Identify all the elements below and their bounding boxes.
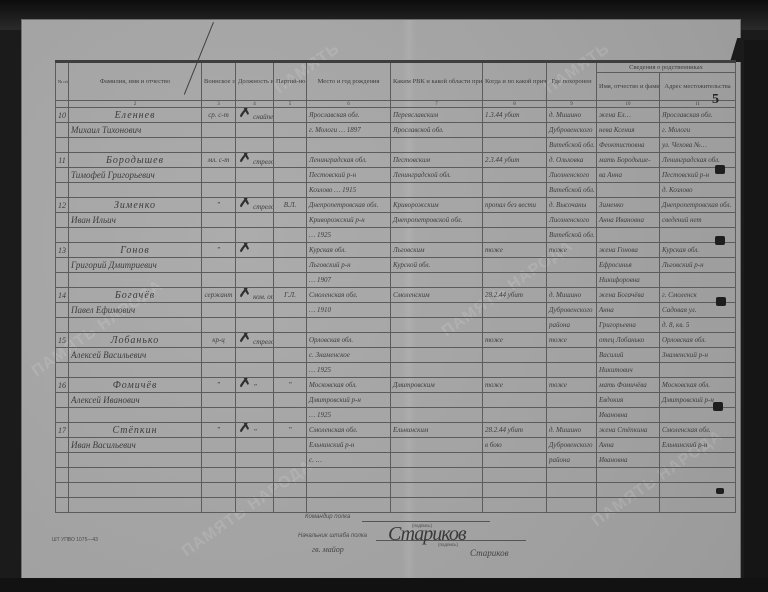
blank-cell xyxy=(483,363,547,378)
party: ” xyxy=(274,378,307,393)
blank-cell xyxy=(202,258,236,273)
blank-cell xyxy=(202,228,236,243)
address-line-1: Курская обл. xyxy=(660,243,736,258)
date-reason-line-1: 2.3.44 убит xyxy=(483,153,547,168)
position: ” xyxy=(253,383,257,391)
burial-place-line-3: Витебской обл. xyxy=(547,138,597,153)
table-row-continuation: с. …районаИвановна xyxy=(56,453,736,468)
column-number: 7 xyxy=(391,101,483,108)
birthplace-line-2: Дмитровский р-н xyxy=(307,393,391,408)
table-row: 11Бородышевмл. с-т✗стрелокЛенинградская … xyxy=(56,153,736,168)
birthplace-line-3: … 1907 xyxy=(307,273,391,288)
rank: ср. с-т xyxy=(202,108,236,123)
blank-cell xyxy=(202,318,236,333)
column-number: 9 xyxy=(547,101,597,108)
row-number: 14 xyxy=(56,288,69,303)
conscription-office-line-1: Смоленским xyxy=(391,288,483,303)
header-rank: Воинское звание xyxy=(202,62,236,101)
burial-place-line-2: Дубровенского xyxy=(547,303,597,318)
row-number: 15 xyxy=(56,333,69,348)
birthplace-line-2: Льговский р-н xyxy=(307,258,391,273)
conscription-office-line-2 xyxy=(391,393,483,408)
form-code: ШТ УПВО 1075—43 xyxy=(52,537,98,543)
chief-signature: Стариков xyxy=(388,523,466,546)
blank-cell xyxy=(236,138,274,153)
birthplace-line-1: Курская обл. xyxy=(307,243,391,258)
blank-cell xyxy=(202,213,236,228)
loss-register-table: № п/п Фамилия, имя и отчество Воинское з… xyxy=(55,60,736,513)
commander-signature-line xyxy=(362,521,490,522)
blank-cell xyxy=(391,408,483,423)
header-row-number: № п/п xyxy=(56,62,69,101)
blank-cell xyxy=(202,183,236,198)
blank-cell xyxy=(391,273,483,288)
given-names: Михаил Тихонович xyxy=(69,123,202,138)
blank-cell xyxy=(274,213,307,228)
blank-cell xyxy=(307,483,391,498)
column-number: 3 xyxy=(202,101,236,108)
position: снайпер xyxy=(253,113,273,121)
blank-cell xyxy=(202,168,236,183)
position-cell: ✗стрелок xyxy=(236,198,274,213)
conscription-office-line-2: Ленинградской обл. xyxy=(391,168,483,183)
position-cell: ✗стрелок xyxy=(236,153,274,168)
column-number: 4 xyxy=(236,101,274,108)
check-mark-icon: ✗ xyxy=(238,378,253,388)
blank-cell xyxy=(274,483,307,498)
relative-name-line-1: отец Лобанько xyxy=(597,333,660,348)
birthplace-line-3 xyxy=(307,318,391,333)
row-number-blank xyxy=(56,348,69,363)
address-line-1: Днепропетровская обл. xyxy=(660,198,736,213)
column-number: 8 xyxy=(483,101,547,108)
blank-cell xyxy=(483,273,547,288)
blank-cell xyxy=(307,468,391,483)
check-mark-icon: ✗ xyxy=(238,243,253,253)
table-row-continuation: Тимофей ГригорьевичПестовский р-нЛенингр… xyxy=(56,168,736,183)
relative-name-line-1: жена Богачёва xyxy=(597,288,660,303)
blank-cell xyxy=(69,498,202,513)
conscription-office-line-1: Пестовским xyxy=(391,153,483,168)
blank-cell xyxy=(202,303,236,318)
address-line-2: сведений нет xyxy=(660,213,736,228)
table-row-continuation: … 1925Витебской обл. xyxy=(56,228,736,243)
surname: Зименко xyxy=(69,198,202,213)
table-row: 15Лобанькокр-ц✗стрелокОрловская обл.тоже… xyxy=(56,333,736,348)
surname: Фомичёв xyxy=(69,378,202,393)
table-row: 17Стёпкин”✗””Смоленская обл.Ельнинским28… xyxy=(56,423,736,438)
surname: Бородышев xyxy=(69,153,202,168)
position-cell: ✗стрелок xyxy=(236,333,274,348)
date-reason-line-2 xyxy=(483,303,547,318)
surname: Лобанько xyxy=(69,333,202,348)
row-number: 10 xyxy=(56,108,69,123)
address-line-1: Ярославская обл. xyxy=(660,108,736,123)
row-number: 16 xyxy=(56,378,69,393)
position-cell: ✗ком. отд. xyxy=(236,288,274,303)
punch-hole xyxy=(713,402,723,411)
blank-cell xyxy=(236,318,274,333)
blank-cell xyxy=(483,228,547,243)
burial-place-line-2 xyxy=(547,348,597,363)
birthplace-line-1: Ярославская обл. xyxy=(307,108,391,123)
table-row: 13Гонов”✗Курская обл.Льговскимтожетожеже… xyxy=(56,243,736,258)
row-number: 11 xyxy=(56,153,69,168)
blank-cell xyxy=(236,168,274,183)
blank-cell xyxy=(391,453,483,468)
table-row-continuation: Иван ИльичКриворожский р-нДнепропетровск… xyxy=(56,213,736,228)
conscription-office-line-1: Криворожским xyxy=(391,198,483,213)
blank-cell xyxy=(202,468,236,483)
conscription-office-line-2 xyxy=(391,438,483,453)
punch-hole xyxy=(716,297,726,306)
row-number-blank xyxy=(56,438,69,453)
position-cell: ✗ xyxy=(236,243,274,258)
burial-place-line-3: Витебской обл. xyxy=(547,228,597,243)
relative-name-line-1: жена Стёпкина xyxy=(597,423,660,438)
row-number-blank xyxy=(56,138,69,153)
rank: ” xyxy=(202,198,236,213)
address-line-2: Ельнинский р-н xyxy=(660,438,736,453)
blank-cell xyxy=(483,408,547,423)
blank-cell xyxy=(391,498,483,513)
blank-cell xyxy=(483,498,547,513)
row-number-blank xyxy=(56,453,69,468)
rank: ” xyxy=(202,378,236,393)
blank-cell xyxy=(597,468,660,483)
blank-cell xyxy=(483,318,547,333)
burial-place-line-1: тоже xyxy=(547,243,597,258)
blank-cell xyxy=(483,183,547,198)
blank-cell xyxy=(69,318,202,333)
relative-name-line-1: жена Ел… xyxy=(597,108,660,123)
given-names: Павел Ефимович xyxy=(69,303,202,318)
birthplace-line-3: … 1925 xyxy=(307,228,391,243)
table-row-continuation: Григорий ДмитриевичЛьговский р-нКурской … xyxy=(56,258,736,273)
table-row: 16Фомичёв”✗””Московская обл.Дмитровскимт… xyxy=(56,378,736,393)
birthplace-line-2: г. Мологи … 1897 xyxy=(307,123,391,138)
blank-cell xyxy=(69,273,202,288)
party xyxy=(274,243,307,258)
blank-cell xyxy=(236,393,274,408)
row-number-blank xyxy=(56,393,69,408)
row-number-blank xyxy=(56,273,69,288)
birthplace-line-1: Смоленская обл. xyxy=(307,423,391,438)
blank-cell xyxy=(274,453,307,468)
given-names: Тимофей Григорьевич xyxy=(69,168,202,183)
address-line-3 xyxy=(660,453,736,468)
blank-cell xyxy=(274,228,307,243)
check-mark-icon: ✗ xyxy=(238,333,253,343)
table-row-continuation: районаГригорьевнад. 8, кв. 5 xyxy=(56,318,736,333)
date-reason-line-2: в бою xyxy=(483,438,547,453)
blank-cell xyxy=(56,483,69,498)
birthplace-line-3: с. … xyxy=(307,453,391,468)
empty-ruled-row xyxy=(56,468,736,483)
relative-name-line-3: Ивановна xyxy=(597,453,660,468)
relative-name-line-3 xyxy=(597,228,660,243)
burial-place-line-1: тоже xyxy=(547,378,597,393)
column-number: 11 xyxy=(660,101,736,108)
position-cell: ✗” xyxy=(236,423,274,438)
blank-cell xyxy=(274,408,307,423)
blank-cell xyxy=(236,408,274,423)
blank-cell xyxy=(274,498,307,513)
blank-cell xyxy=(274,393,307,408)
blank-cell xyxy=(236,498,274,513)
row-number-blank xyxy=(56,318,69,333)
table-row-continuation: Павел Ефимович… 1910ДубровенскогоАннаСад… xyxy=(56,303,736,318)
given-names: Иван Ильич xyxy=(69,213,202,228)
position: стрелок xyxy=(253,158,273,166)
blank-cell xyxy=(202,363,236,378)
table-row-continuation: … 1925Ивановна xyxy=(56,408,736,423)
column-number: 10 xyxy=(597,101,660,108)
birthplace-line-3: Козлово … 1915 xyxy=(307,183,391,198)
rank: мл. с-т xyxy=(202,153,236,168)
header-address: Адрес местожительства xyxy=(660,73,736,101)
surname: Стёпкин xyxy=(69,423,202,438)
date-reason-line-1: тоже xyxy=(483,333,547,348)
blank-cell xyxy=(202,483,236,498)
burial-place-line-2: Дубровенского xyxy=(547,438,597,453)
row-number-blank xyxy=(56,258,69,273)
punch-hole xyxy=(715,165,725,174)
blank-cell xyxy=(236,228,274,243)
relative-name-line-1: мать Бородыше- xyxy=(597,153,660,168)
party: ” xyxy=(274,423,307,438)
burial-place-line-1: д. Ольховка xyxy=(547,153,597,168)
blank-cell xyxy=(274,468,307,483)
conscription-office-line-1: Ельнинским xyxy=(391,423,483,438)
date-reason-line-1: 1.3.44 убит xyxy=(483,108,547,123)
surname: Богачёв xyxy=(69,288,202,303)
header-date-reason: Когда и по какой причине выбыл xyxy=(483,62,547,101)
punch-hole xyxy=(716,488,724,494)
conscription-office-line-2 xyxy=(391,348,483,363)
burial-place-line-3: Витебской обл. xyxy=(547,183,597,198)
blank-cell xyxy=(391,183,483,198)
date-reason-line-1: пропал без вести xyxy=(483,198,547,213)
relative-name-line-2: Василий xyxy=(597,348,660,363)
blank-cell xyxy=(483,468,547,483)
relative-name-line-2: Анна xyxy=(597,303,660,318)
given-names: Григорий Дмитриевич xyxy=(69,258,202,273)
blank-cell xyxy=(274,258,307,273)
blank-cell xyxy=(547,468,597,483)
date-reason-line-1: 28.2.44 убит xyxy=(483,288,547,303)
column-number: 2 xyxy=(69,101,202,108)
check-mark-icon: ✗ xyxy=(238,153,253,163)
address-line-2: г. Мологи xyxy=(660,123,736,138)
date-reason-line-2 xyxy=(483,258,547,273)
date-reason-line-2 xyxy=(483,393,547,408)
date-reason-line-2 xyxy=(483,123,547,138)
address-line-3 xyxy=(660,408,736,423)
blank-cell xyxy=(202,408,236,423)
address-line-3: д. 8, кв. 5 xyxy=(660,318,736,333)
conscription-office-line-1: Дмитровским xyxy=(391,378,483,393)
birthplace-line-2: Пестовский р-н xyxy=(307,168,391,183)
blank-cell xyxy=(202,273,236,288)
burial-place-line-3 xyxy=(547,408,597,423)
row-number-blank xyxy=(56,408,69,423)
blank-cell xyxy=(274,273,307,288)
blank-cell xyxy=(236,363,274,378)
birthplace-line-3 xyxy=(307,138,391,153)
relative-name-line-3: Никифоровна xyxy=(597,273,660,288)
party xyxy=(274,153,307,168)
commander-label: Командир полка xyxy=(305,514,350,520)
position: стрелок xyxy=(253,338,273,346)
check-mark-icon: ✗ xyxy=(238,198,253,208)
blank-cell xyxy=(236,258,274,273)
column-number: 6 xyxy=(307,101,391,108)
blank-cell xyxy=(274,138,307,153)
column-number xyxy=(56,101,69,108)
blank-cell xyxy=(547,483,597,498)
blank-cell xyxy=(236,468,274,483)
blank-cell xyxy=(56,468,69,483)
blank-cell xyxy=(69,408,202,423)
header-conscription-office: Каким РВК и какой области призван xyxy=(391,62,483,101)
conscription-office-line-2 xyxy=(391,303,483,318)
table-row-continuation: Алексей ИвановичДмитровский р-нЕвдокияДм… xyxy=(56,393,736,408)
blank-cell xyxy=(274,438,307,453)
chief-rank: гв. майор xyxy=(312,545,344,554)
blank-cell xyxy=(69,138,202,153)
header-full-name: Фамилия, имя и отчество xyxy=(69,62,202,101)
blank-cell xyxy=(56,498,69,513)
given-names: Иван Васильевич xyxy=(69,438,202,453)
table-row-continuation: Алексей Васильевичс. ЗнаменскоеВасилийЗн… xyxy=(56,348,736,363)
party xyxy=(274,333,307,348)
blank-cell xyxy=(274,348,307,363)
chief-of-staff-label: Начальник штаба полка xyxy=(298,533,367,539)
relative-name-line-2: нева Ксения xyxy=(597,123,660,138)
address-line-3 xyxy=(660,273,736,288)
blank-cell xyxy=(391,483,483,498)
check-mark-icon: ✗ xyxy=(238,288,253,298)
relative-name-line-2: Анна xyxy=(597,438,660,453)
blank-cell xyxy=(274,183,307,198)
date-reason-line-2 xyxy=(483,348,547,363)
row-number-blank xyxy=(56,303,69,318)
table-row: 14Богачёвсержант✗ком. отд.Г.Л.Смоленская… xyxy=(56,288,736,303)
address-line-2: Дмитровский р-н xyxy=(660,393,736,408)
conscription-office-line-1: Переяславским xyxy=(391,108,483,123)
blank-cell xyxy=(307,498,391,513)
header-relative-name: Имя, отчество и фамилия жены или родител… xyxy=(597,73,660,101)
position: ” xyxy=(253,428,257,436)
burial-place-line-3: района xyxy=(547,453,597,468)
conscription-office-line-2: Курской обл. xyxy=(391,258,483,273)
relative-name-line-1: Зименко xyxy=(597,198,660,213)
blank-cell xyxy=(391,318,483,333)
date-reason-line-1: 28.2.44 убит xyxy=(483,423,547,438)
relative-name-line-3: Никитович xyxy=(597,363,660,378)
rank: ” xyxy=(202,243,236,258)
rank: сержант xyxy=(202,288,236,303)
blank-cell xyxy=(236,213,274,228)
surname: Еленнев xyxy=(69,108,202,123)
blank-cell xyxy=(391,138,483,153)
table-row: 10Еленневср. с-т✗снайперЯрославская обл.… xyxy=(56,108,736,123)
table-row: 12Зименко”✗стрелокВ.Л.Днепропетровская о… xyxy=(56,198,736,213)
chief-name: Стариков xyxy=(470,548,509,558)
blank-cell xyxy=(236,483,274,498)
relative-name-line-1: жена Гонова xyxy=(597,243,660,258)
relative-name-line-2: ва Анна xyxy=(597,168,660,183)
blank-cell xyxy=(202,498,236,513)
relative-name-line-3: Ивановна xyxy=(597,408,660,423)
birthplace-line-1: Ленинградская обл. xyxy=(307,153,391,168)
rank: кр-ц xyxy=(202,333,236,348)
page-number-mark: 5 xyxy=(712,92,719,108)
blank-cell xyxy=(236,123,274,138)
blank-cell xyxy=(236,453,274,468)
blank-cell xyxy=(660,468,736,483)
column-number: 5 xyxy=(274,101,307,108)
blank-cell xyxy=(236,273,274,288)
relative-name-line-2: Евдокия xyxy=(597,393,660,408)
burial-place-line-3 xyxy=(547,273,597,288)
blank-cell xyxy=(202,393,236,408)
birthplace-line-1: Днепропетровская обл. xyxy=(307,198,391,213)
row-number: 17 xyxy=(56,423,69,438)
blank-cell xyxy=(597,483,660,498)
row-number-blank xyxy=(56,213,69,228)
punch-hole xyxy=(715,236,725,245)
viewer-background-right xyxy=(744,40,768,580)
register-body: 10Еленневср. с-т✗снайперЯрославская обл.… xyxy=(56,108,736,513)
blank-cell xyxy=(274,363,307,378)
header-burial-place: Где похоронен xyxy=(547,62,597,101)
row-number-blank xyxy=(56,123,69,138)
address-line-3 xyxy=(660,363,736,378)
blank-cell xyxy=(202,453,236,468)
birthplace-line-2: Ельнинский р-н xyxy=(307,438,391,453)
burial-place-line-2: Лиозненского xyxy=(547,168,597,183)
date-reason-line-1: тоже xyxy=(483,243,547,258)
blank-cell xyxy=(391,363,483,378)
blank-cell xyxy=(202,138,236,153)
address-line-3: ул. Чехова №… xyxy=(660,138,736,153)
blank-cell xyxy=(69,183,202,198)
blank-cell xyxy=(236,303,274,318)
date-reason-line-2 xyxy=(483,213,547,228)
conscription-office-line-1: Льговским xyxy=(391,243,483,258)
relative-name-line-2: Анна Ивановна xyxy=(597,213,660,228)
birthplace-line-2: Криворожский р-н xyxy=(307,213,391,228)
blank-cell xyxy=(391,228,483,243)
empty-ruled-row xyxy=(56,498,736,513)
blank-cell xyxy=(547,498,597,513)
blank-cell xyxy=(236,183,274,198)
relative-name-line-2: Ефросинья xyxy=(597,258,660,273)
address-line-1: Смоленская обл. xyxy=(660,423,736,438)
row-number-blank xyxy=(56,168,69,183)
birthplace-line-2: … 1910 xyxy=(307,303,391,318)
rank: ” xyxy=(202,423,236,438)
burial-place-line-2 xyxy=(547,393,597,408)
row-number-blank xyxy=(56,228,69,243)
given-names: Алексей Иванович xyxy=(69,393,202,408)
blank-cell xyxy=(274,318,307,333)
address-line-1: Московская обл. xyxy=(660,378,736,393)
row-number-blank xyxy=(56,363,69,378)
blank-cell xyxy=(202,438,236,453)
